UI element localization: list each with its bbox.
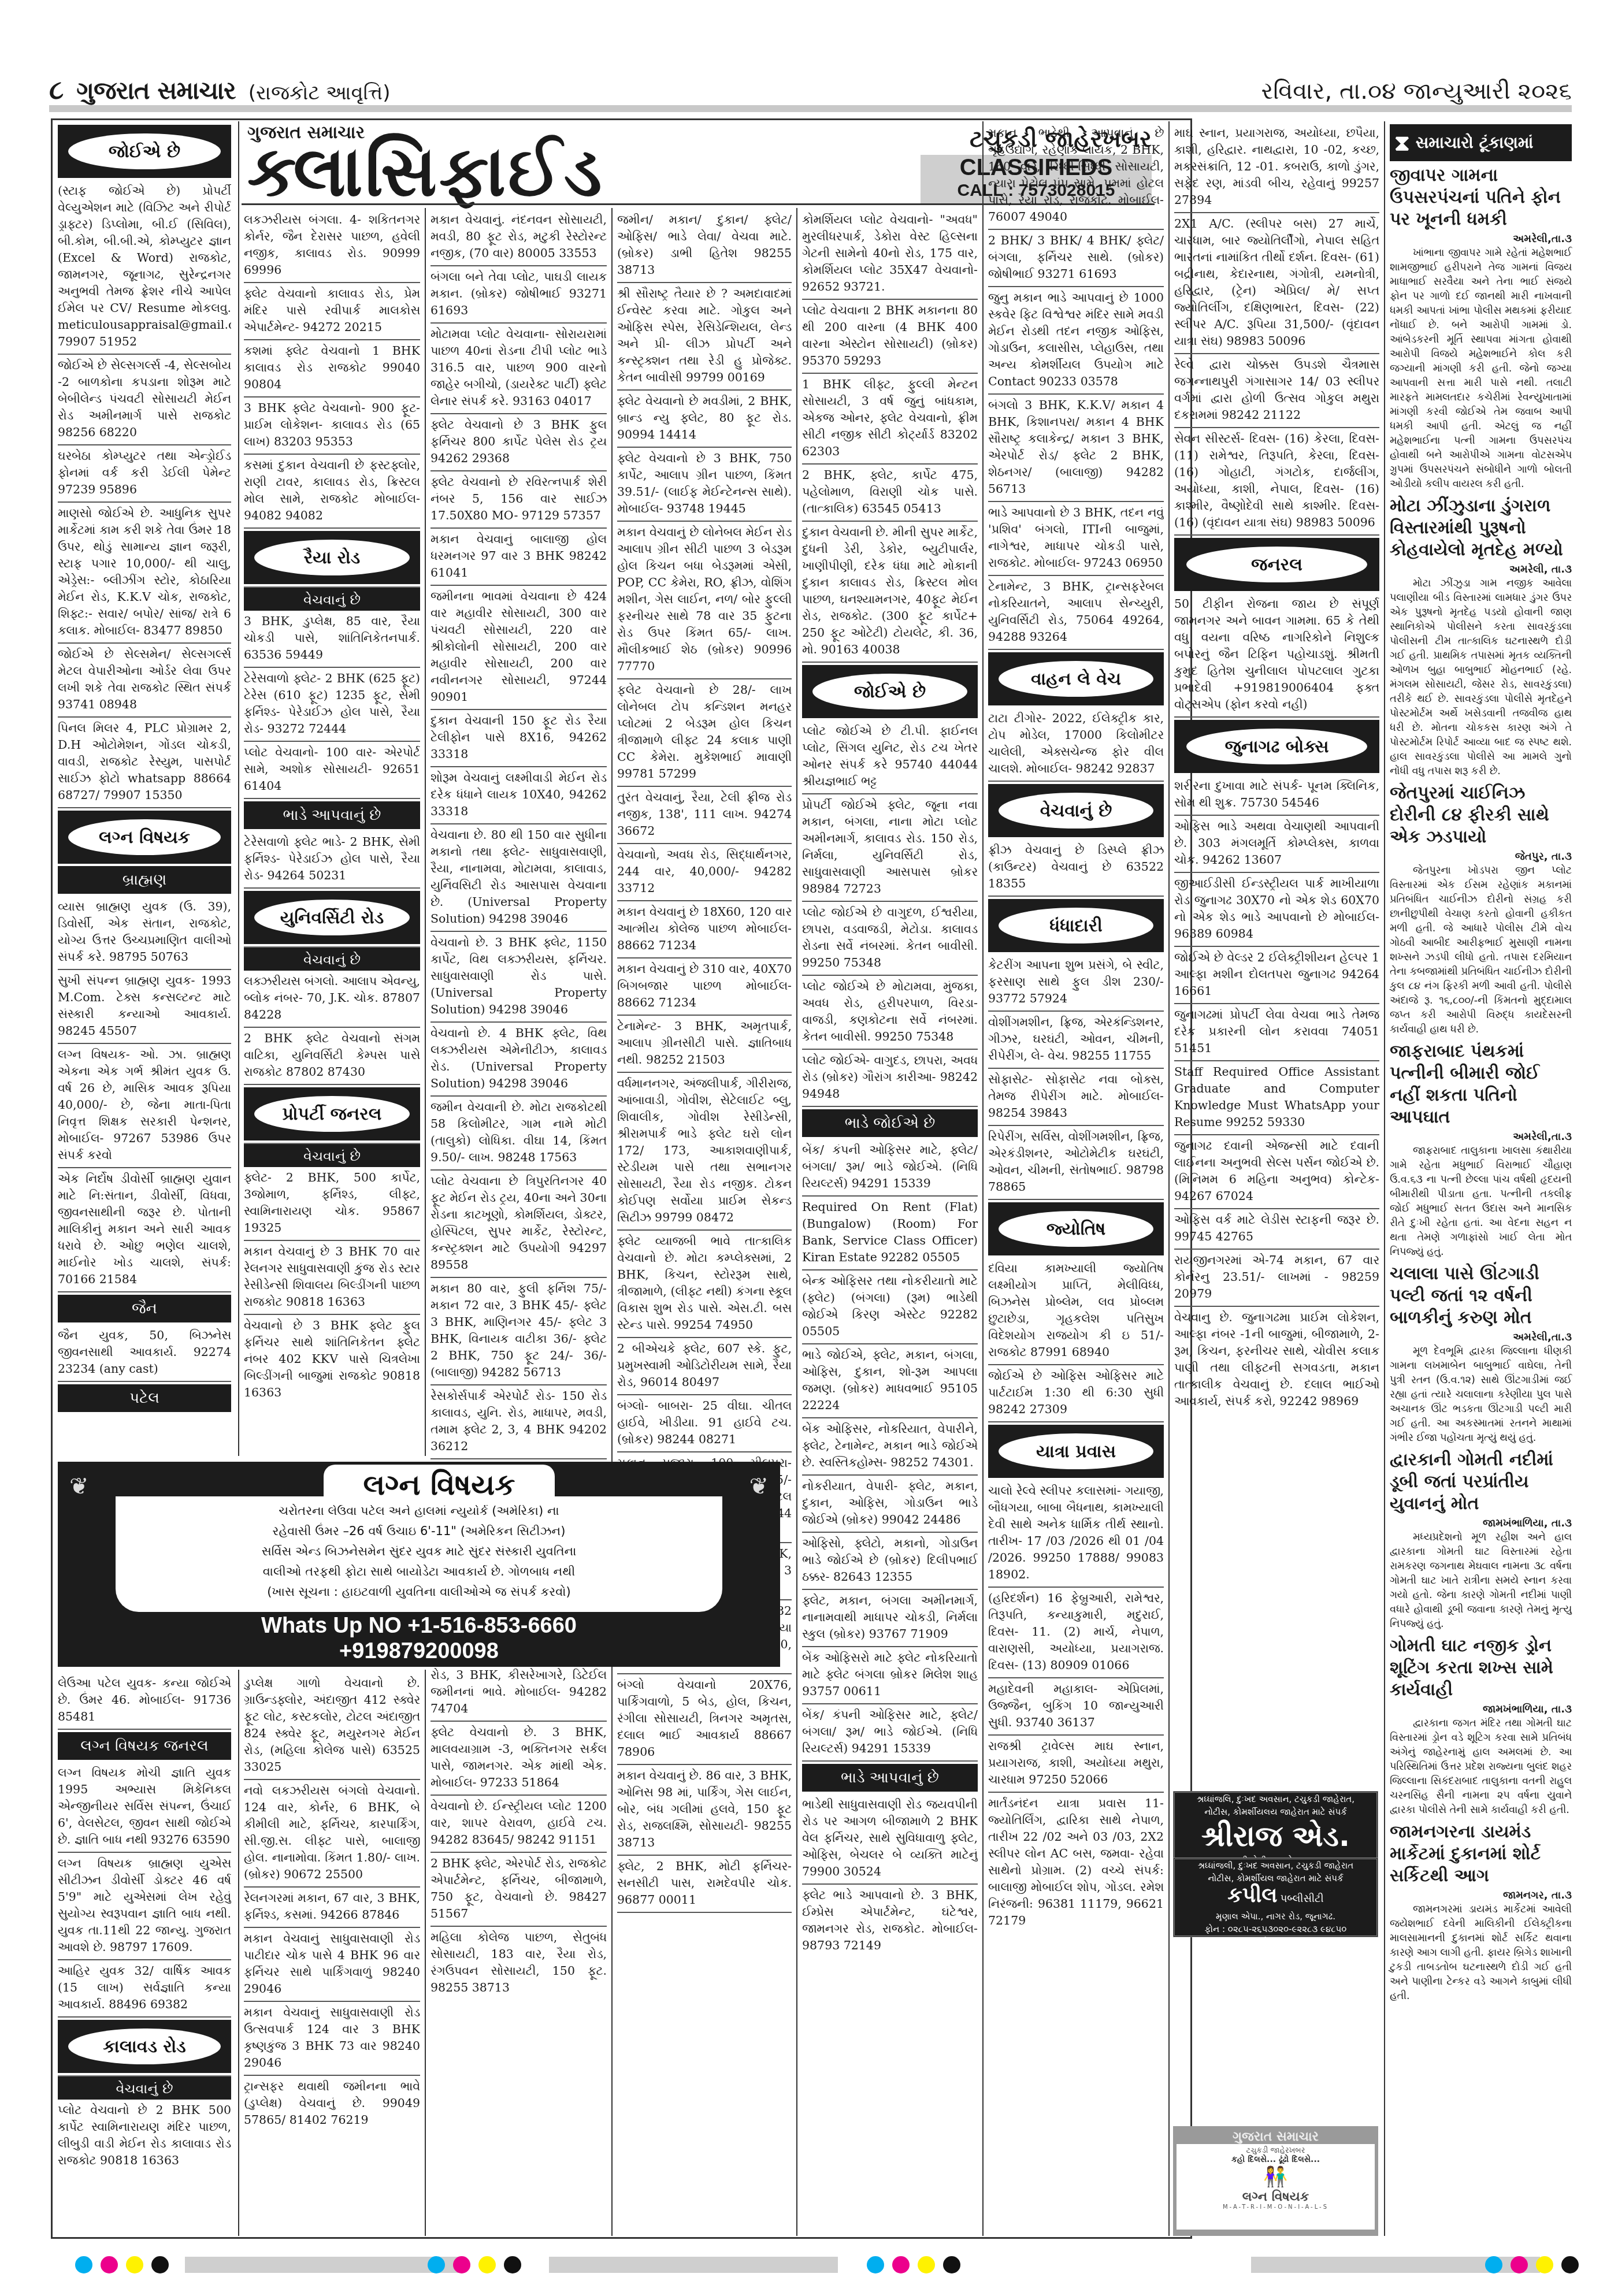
classified-ad: લગ્ન વિષયક મોચી જ્ઞાતિ યુવક 1995 અભ્યાસ … [58,1762,231,1853]
black-mark-icon [504,2256,521,2273]
matrimonial-promo-ad: ગુજરાત સમાચાર ટચુકડી જાહેરખબર કહો દિલસે.… [1173,2126,1378,2236]
column-divider [238,1670,239,2236]
masthead-left: ૮ ગુજરાત સમાચાર (રાજકોટ આવૃત્તિ) [49,76,391,103]
column-2: લકઝરીયસ બંગલા. 4- શકિતનગર કોર્નર, જૈન દે… [244,209,420,1457]
registration-marks [428,2256,521,2273]
advertiser-address: મૃણાલ એપા., નાગર રોડ, જૂનાગઢ. [1175,1910,1376,1923]
cyan-mark-icon [75,2256,92,2273]
classified-ad: પ્લોટ જોઈએ- વાગુદડ, છાપરા, અવધ રોડ (બ્રો… [802,1050,978,1107]
yellow-mark-icon [126,2256,143,2273]
subsection-for-sale: વેચવાનું છે [58,2075,231,2100]
subsection-patel: પટેલ [58,1384,231,1412]
classified-ad: કેટરીંગ આપના શુભ પ્રસંગે, બે સ્વીટ, ફરસા… [988,954,1164,1012]
classified-ad: ફ્રીઝ વેચવાનું છે ડિસ્પ્લે ફ્રીઝ (કાઉન્ટ… [988,839,1164,897]
column-divider [1384,121,1385,2236]
section-header-wanted: જોઈએ છે [58,125,231,178]
story-headline: જાફરાબાદ પંથકમાં પત્નીની બીમારી જોઈ નહીં… [1390,1041,1572,1128]
classified-ad: મહાદેવની મહાકાલ- એપ્રિલમાં, ઉજ્જૈન, બુકિ… [988,1678,1164,1736]
classified-ad: શ્રી સૌરાષ્ટ્ર તૈયાર છે ? અમદાવાદમાં ઈન્… [617,283,792,391]
classified-ad: વેચવાનો છે 3 BHK ફ્લેટ ફુલ ફર્નિચર સાથે … [244,1315,420,1405]
classified-ad: જુનાગઢ દવાની એજન્સી માટે દવાની લાઈનના અન… [1174,1135,1379,1209]
color-bar [549,2257,838,2273]
banner-line: સર્વિસ એન્ડ બિઝનેસમેન સુંદર યુવક માટે સુ… [116,1541,722,1562]
classified-ad: મકાન વેચવાનું છે 18X60, 120 વાર આત્મીય ક… [617,901,792,958]
story-body: મધ્યપ્રદેશનો મૂળ રહીશ અને હાલ દ્વારકાના … [1390,1530,1572,1632]
classified-ad: દુકાન વેચવાની 150 ફૂટ રોડ રૈયા ટેલીફોન પ… [431,710,607,767]
color-bar [185,2257,462,2273]
classified-ad: ઓફિસ વર્ક માટે લેડીસ સ્ટાફની જરૂર છે. 99… [1174,1209,1379,1250]
classified-ad: 50 ટીફીન રોજના જાય છે સંપૂર્ણ જામનગર અને… [1174,593,1379,718]
classified-ad: ફ્લેટ વેચવાનો છે રવિરત્નપાર્ક શેરી નંબર … [431,471,607,529]
news-section-title: સમાચારો ટૂંકાણમાં [1416,133,1534,153]
classified-ad: 1 BHK લીફ્ટ, ફુલ્લી મેન્ટન સોસાયટી, 3 વર… [802,374,978,465]
registration-marks [867,2256,960,2273]
cyan-mark-icon [428,2256,445,2273]
classified-ad: 2 BHK/ 3 BHK/ 4 BHK/ ફ્લેટ/ બંગલા, ફર્નિ… [988,230,1164,287]
section-header-wanted: જોઈએ છે [802,665,978,718]
banner-line: વાલીઓ તરફથી ફોટા સાથે બાયોડેટા આવકાર્ય છ… [116,1562,722,1582]
story-headline: ગોમતી ઘાટ નજીક ડ્રોન શૂટિંગ કરતા શખ્સ સા… [1390,1635,1572,1701]
classified-ad: ઓફિસો, ફ્લેટો, મકાનો, ગોડાઉન ભાડે જોઈએ છ… [802,1533,978,1590]
promo-brand: ગુજરાત સમાચાર [1177,2130,1375,2144]
cyan-mark-icon [1485,2256,1502,2273]
classified-ad: પ્લોટ જોઈએ છે ટી.પી. ફાઈનલ પ્લોટ, સિંગલ … [802,720,978,794]
classified-ad: કસમાં દુકાન વેચવાની છે ફસ્ટફ્લોર, રાણી ટ… [244,455,420,529]
story-headline: જેતપુરમાં ચાઈનિઝ દોરીની ૮૪ ફીરકી સાથે એક… [1390,782,1572,848]
story-headline: દ્વારકાની ગોમતી નદીમાં ડૂબી જતાં પરપ્રાં… [1390,1449,1572,1515]
column-divider [425,208,426,1456]
story-dateline: જામખંભાળિયા, તા.૩ [1390,1517,1572,1529]
column-6: મકાન ભાડેથી આપવાનું છે ગૃહઉદ્યોગ, રહેણાં… [988,122,1164,2237]
kapil-ad-box: શ્રધ્ધાંજલી, દુઃખદ અવસાન, ટચુકડી જાહેરાત… [1173,1857,1378,1937]
newspaper-name: ગુજરાત સમાચાર [76,79,235,103]
classified-ad: માણસો જોઈએ છે. આધુનિક સુપર માર્કેટમાં કા… [58,503,231,644]
news-story: જામનગરના ડાયમંડ માર્કેટમાં દુકાનમાં શોર્… [1390,1821,1572,2004]
classified-ad: 3 BHK ફ્લેટ વેચવાનો- 900 ફૂટ- પ્રાઈમ લોક… [244,397,420,455]
classified-ad: પ્લોટ વેચવાના 2 BHK મકાનના 80 થી 200 વાર… [802,300,978,374]
classified-ad: ફ્લેટ વેચવાનો છે મવડીમાં, 2 BHK, બ્રાન્ડ… [617,391,792,448]
classified-ad: ટેરેસવાળો ફ્લેટ ભાડે- 2 BHK, સેમી ફર્નિશ… [244,831,420,889]
story-body: મૂળ દેવભૂમિ દ્વારકા જિલ્લાના ધીણકી ગામના… [1390,1344,1572,1446]
subsection-marriage-general: લગ્ન વિષયક જનરલ [58,1732,231,1760]
classified-ad: રેલ્વે દ્વારા ચોક્કસ ઉપડશે ચૈત્રમાસ જગન્… [1174,354,1379,428]
classified-ad [617,1913,792,1919]
classified-ad: પ્લોટ વેચવાનો છે 2 BHK 500 કાર્પેટ સ્વામ… [58,2100,231,2172]
classified-ad: કશમાં ફ્લેટ વેચવાનો 1 BHK કાલાવડ રોડ રાજ… [244,340,420,397]
story-dateline: અમરેલી, તા.૩ [1390,563,1572,575]
classified-ad: બંગ્લો વેચવાનો 20X76, પાર્કિંગવાળો, 5 બે… [617,1674,792,1765]
subsection-jain: જૈન [58,1295,231,1322]
subsection-rent-wanted: ભાડે જોઈએ છે [802,1109,978,1137]
ad-line: શ્રધ્ધાંજલિ, દુઃખદ અવસાન, ટચુકડી જાહેરાત… [1175,1793,1376,1805]
subsection-for-rent: ભાડે આપવાનું છે [802,1764,978,1792]
classified-ad: પ્લોટ વેચવાનો- 100 વાર- એરપોર્ટ સામે, અશ… [244,742,420,799]
classified-ad: રાયજીનગરમાં એ-74 મકાન, 67 વાર કોર્નરનુ 2… [1174,1250,1379,1307]
classified-ad: મકાન વેચવાનું સાધુવાસવાણી રોડ ઉત્સવપાર્ક… [244,2002,420,2076]
black-mark-icon [1561,2256,1579,2273]
section-header-for-sale: વેચવાનું છે [988,784,1164,837]
promo-line: ટચુકડી જાહેરખબર [1177,2146,1375,2155]
classified-ad: (હરિદર્શન) 16 ફેબ્રુઆરી, રામેશ્વર, તિરૂપ… [988,1588,1164,1678]
promo-title: લગ્ન વિષયક [1177,2190,1375,2204]
story-body: ખાંભાના જીવાપર ગામે રહેતાં મહેશભાઈ શામજી… [1390,246,1572,492]
classified-ad: જોઈએ છે વેલ્ડર 2 ઈલેક્ટ્રીશીયન હેલ્પર 1 … [1174,947,1379,1004]
section-header-astrology: જ્યોતિષ [988,1202,1164,1255]
story-body: દ્વારકાના જગત મંદિર તથા ગોમતી ઘાટ વિસ્તા… [1390,1717,1572,1818]
registration-marks-right [1485,2256,1579,2273]
subsection-brahmin: બ્રાહ્મણ [58,866,231,894]
classified-ad: જમીનના ભાવમાં વેચવાના છે 424 વાર મહાવીર … [431,586,607,710]
classified-ad: 2 BHK, ફ્લેટ, કાર્પેટ 475, પહેલોમાળ, વિર… [802,465,978,522]
ornament-icon: ❦ [69,1473,89,1500]
classified-ad: મકાન વેચવાનું. નંદનવન સોસાયટી, મવડી, 80 … [431,209,607,266]
column-divider [982,121,984,2236]
classified-ad: જોઈએ છે સેલ્સમેન/ સેલ્સગર્લ્સ મેટલ વેપાર… [58,644,231,718]
story-body: જેતપુરના ખોડપરા જીન પ્લોટ વિસ્તારમાં એક … [1390,864,1572,1037]
column-3: મકાન વેચવાનું. નંદનવન સોસાયટી, મવડી, 80 … [431,209,607,2231]
classified-ad: જુનુ મકાન ભાડે આપવાનું છે 1000 સ્કવેર ફિ… [988,287,1164,395]
news-story: દ્વારકાની ગોમતી નદીમાં ડૂબી જતાં પરપ્રાં… [1390,1449,1572,1632]
classified-ad: 2X1 A/C. (સ્લીપર બસ) 27 માર્ચે, ચારધામ, … [1174,213,1379,354]
black-mark-icon [943,2256,960,2273]
classified-ad: જમીન/ મકાન/ દુકાન/ ફ્લેટ/ ઓફિસ/ ભાડે લેવ… [617,209,792,283]
banner-title: લગ્ન વિષયક [324,1465,555,1505]
classified-ad: વેચવાના છે. 80 થી 150 વાર સુધીના મકાનો ત… [431,824,607,932]
advertiser-name-row: કપીલ પબ્લીસીટી [1175,1885,1376,1910]
classified-ad: મકાન ભાડેથી આપવાનું છે ગૃહઉદ્યોગ, રહેણાં… [988,122,1164,230]
classified-ad: 2 BHK ફ્લેટ વેચવાનો સંગમ વાટિકા, યુનિવર્… [244,1028,420,1085]
classified-ad: રેસકોર્સપાર્ક એરપોર્ટ રોડ- 150 રોડ કાલાવ… [431,1385,607,1459]
column-divider [611,208,613,2236]
advertiser-contact: વિરલભાઈ પારેખ-૯૮૭૯૫ ૨૧૧૦૦ [1175,1935,1376,1948]
classified-ad: નવો લકઝરીયસ બંગલો વેચવાનો. 124 વાર, કોર્… [244,1780,420,1888]
classified-ad: શોરૂમ વેચવાનું લક્ષ્મીવાડી મેઈન રોડ દરેક… [431,767,607,824]
classified-ad: વર્ધમાનનગર, અંજલીપાર્ક, ગીરીરાજ, આંબાવાડ… [617,1073,792,1231]
classified-ad: મકાન વેચવાનું બાલાજી હોલ ધરમનગર 97 વાર 3… [431,529,607,586]
classified-ad: બેંક/ કંપની ઓફિસર માટે, ફ્લેટ/ બંગલા/ રૂ… [802,1704,978,1762]
ornament-icon: ❦ [749,1473,769,1500]
classified-ad: નોકરીયાત, વેપારી- ફ્લેટ, મકાન, દુકાન, ઓફ… [802,1476,978,1533]
classified-ad: મકાન 80 વાર, ફુલી ફર્નિશ 75/- મકાન 72 વા… [431,1278,607,1385]
advertiser-phone: ફોન : ૦૨૮૫-૨૬૫૩૦૨૦-૯૨૨૮૩ ૯૪૮૫૦ [1175,1923,1376,1935]
story-body: મોટા ઝીંઝુડા ગામ નજીક આવેલા પલાણીયા બીડ … [1390,577,1572,779]
couple-illustration-icon: 👫 [1177,2164,1375,2190]
masthead-divider [49,105,1572,112]
story-dateline: અમરેલી,તા.૩ [1390,1131,1572,1143]
classified-ad: ફ્લેટ ભાડે આપવાનો છે. 3 BHK, ઈમ્પ્રેસ એપ… [802,1885,978,1957]
column-1: જોઈએ છે (સ્ટાફ જોઈએ છે) પ્રોપર્ટી વેલ્યુ… [58,122,231,1457]
story-headline: ચલાલા પાસે ઊંટગાડી પલ્ટી જતાં ૧૨ વર્ષની … [1390,1263,1572,1329]
magenta-mark-icon [892,2256,910,2273]
classified-ad: 3 BHK, ડુપ્લેક્ષ, 85 વાર, રૈયા ચોકડી પાસ… [244,611,420,668]
classified-ad: ડુપ્લેક્ષ ગાળો વેચવાનો છે. ગ્રાઉન્ડફ્લોર… [244,1673,420,1780]
classified-ad: પિનલ મિલર 4, PLC પ્રોગ્રામર 2, D.H ઓટોમે… [58,718,231,808]
story-dateline: અમરેલી,તા.૩ [1390,233,1572,245]
classified-ad: મોટામવા પ્લોટ વેચવાના- સોરાયરામાં પાછળ 4… [431,324,607,414]
classified-ad: બંગલો 3 BHK, K.K.V/ મકાન 4 BHK, કિશાનપરા… [988,395,1164,502]
advertiser-name: કપીલ [1227,1883,1277,1907]
column-2-bottom: ડુપ્લેક્ષ ગાળો વેચવાનો છે. ગ્રાઉન્ડફ્લોર… [244,1673,420,2236]
section-header-travel: યાત્રા પ્રવાસ [988,1425,1164,1478]
classified-ad: બંગ્લો- બાબરા- 25 વીઘા. ચીતલ હાઈવે, ખીડી… [617,1395,792,1452]
classified-ad: ફ્લેટ વેચવાનો છે 3 BHK, 750 કાર્પેટ, આલા… [617,448,792,522]
banner-line: (ખાસ સૂચના : હાઇટવાળી યુવતિના વાલીઓએ જ સ… [116,1582,722,1602]
classified-ad: પ્લોટ જોઈએ છે મોટામવા, મુંજકા, અવધ રોડ, … [802,976,978,1050]
magenta-mark-icon [101,2256,118,2273]
classified-ad: વ્યાસ બ્રાહ્મણ યુવક (ઉ. 39), ડિવોર્સી, એ… [58,896,231,970]
news-story: જાફરાબાદ પંથકમાં પત્નીની બીમારી જોઈ નહીં… [1390,1041,1572,1260]
news-section-header: ⧗ સમાચારો ટૂંકાણમાં [1390,124,1572,161]
classified-ad: જુનાગઢમાં પ્રોપર્ટી લેવા વેચવા ભાડે તેમજ… [1174,1004,1379,1061]
classified-ad: પ્રોપર્ટી જોઈએ ફ્લેટ, જૂના નવા મકાન, બંગ… [802,794,978,902]
news-story: જીવાપર ગામના ઉપસરપંચનાં પતિને ફોન પર ખૂન… [1390,165,1572,492]
classified-ad: ભાડેથી સાધુવાસવાણી રોડ જયવપીની રોડ પર આગ… [802,1794,978,1885]
news-story: જેતપુરમાં ચાઈનિઝ દોરીની ૮૪ ફીરકી સાથે એક… [1390,782,1572,1037]
classified-ad: ટેનામેન્ટ- 3 BHK, અમૃતપાર્ક, આલાપ ગ્રીનસ… [617,1016,792,1073]
classified-ad: ફ્લેટ, 2 BHK, મોટી ફર્નિચર- સનસીટી પાસ, … [617,1856,792,1913]
classified-ad: વોશીંગમશીન, ફ્રિજ, એરકંન્ડિશનર, ગીઝર, ઘર… [988,1012,1164,1069]
magenta-mark-icon [453,2256,470,2273]
classified-ad: 2 બીએચકે ફ્લેટ, 607 સ્કે. ફુટ, પ્રમુખસ્વ… [617,1338,792,1395]
classified-ad: લકઝરીયસ બંગલા. 4- શકિતનગર કોર્નર, જૈન દે… [244,209,420,283]
classified-ad: કોમર્શિયલ પ્લોટ વેચવાનો- "અવધ" મુરલીધરપા… [802,209,978,300]
classified-ad: Required On Rent (Flat) (Bungalow) (Room… [802,1197,978,1270]
section-header-vehicles: વાહન લે વેચ [988,652,1164,705]
classified-ad: મકાન વેચવાનું છે 3 BHK 70 વાર રેલનગર સાધ… [244,1241,420,1315]
classified-ad: મકાન વેચવાનું છે. 86 વાર, 3 BHK, ઓનિસ 98… [617,1765,792,1856]
classified-ad: આહિર યુવક 32/ વાર્ષિક આવક (15 લાખ) સર્વજ… [58,1960,231,2018]
cyan-mark-icon [867,2256,884,2273]
classified-ad: માર્તંડનંદન યાત્રા પ્રવાસ 11- જ્યોતિર્લિ… [988,1793,1164,1933]
classified-ad: ભાડે આપવાનો છે 3 BHK, તદન નવું 'પ્રશિવ' … [988,502,1164,576]
black-mark-icon [151,2256,169,2273]
news-story: ગોમતી ઘાટ નજીક ડ્રોન શૂટિંગ કરતા શખ્સ સા… [1390,1635,1572,1818]
classified-ad: વેચવાનો, અવધ રોડ, સિદ્ધાર્થનગર, 244 વાર,… [617,844,792,901]
section-header-general: જનરલ [1174,538,1379,591]
classified-ad: જોઈએ છે સેલ્સગર્લ્સ -4, સેલ્સબોય -2 બાળક… [58,355,231,445]
page-masthead: ૮ ગુજરાત સમાચાર (રાજકોટ આવૃત્તિ) રવિવાર,… [49,75,1572,103]
classified-ad: ફ્લેટ વેચવાનો છે. 3 BHK, માલવયાગ્રામ -3,… [431,1722,607,1796]
classified-ad: વેચવાનો છે. ઈન્સ્ટ્રીયલ પ્લોટ 1200 વાર, … [431,1796,607,1853]
story-dateline: અમરેલી,તા.૩ [1390,1331,1572,1343]
section-header-junagadh-box: જુનાગઢ બોક્સ [1174,720,1379,773]
classified-ad: સેવન સીસ્ટર્સ- દિવસ- (16) કેરલા, દિવસ- (… [1174,428,1379,536]
classified-ad: બેન્ક ઓફિસર તથા નોકરીયાતો માટે (ફ્લેટ) (… [802,1270,978,1344]
news-story: મોટા ઝીંઝુડાના ડુંગરાળ વિસ્તારમાંથી પુરૂ… [1390,495,1572,779]
section-header-property-general: પ્રોપર્ટી જનરલ [244,1087,420,1140]
column-divider [425,1670,426,2236]
classified-ad: વેચવાનુ છે. જુનાગઢમા પ્રાઈમ લોકેશન, આલ્ફ… [1174,1307,1379,1413]
promo-inner: ટચુકડી જાહેરખબર કહો દિલસે... ઢૂંઢો દિલસે… [1177,2144,1375,2230]
classified-ad: એક નિર્દોષ ડીવોર્સી બ્રાહ્મણ યુવાન માટે … [58,1168,231,1292]
classified-ad: સોફાસેટ- સોફાસેટ નવા બોક્સ, તેમજ રીપેરીં… [988,1069,1164,1126]
classifieds-title: ક્લાસિફાઈડ [247,138,604,207]
matrimonial-banner-ad: ❦ ❦ ચરોતરના લેઉવા પટેલ અને હાલમાં ન્યુયો… [58,1462,780,1667]
classified-ad: બેંક ઓફિસરો માટે ફ્લેટ નોકરિયાતો માટે ફ્… [802,1647,978,1704]
magenta-mark-icon [1511,2256,1528,2273]
section-header-business: ધંધાદારી [988,899,1164,952]
banner-body: ચરોતરના લેઉવા પટેલ અને હાલમાં ન્યુયોર્ક … [116,1496,722,1612]
story-body: જાફરાબાદ તાલુકાના ખાલસા કંથારીયા ગામે રહ… [1390,1144,1572,1260]
classified-ad: જમીન વેચવાની છે. મોટા રાજકોટથી 58 કિલોમી… [431,1097,607,1171]
page-number: ૮ [49,76,64,103]
subsection-for-sale: વેચવાનું છે [244,586,420,611]
edition-label: (રાજકોટ આવૃત્તિ) [248,83,391,103]
classified-ad: ફ્લેટ વેચવાનો કાલાવડ રોડ, પ્રેમ મંદિર પા… [244,283,420,340]
classified-ad: રાજશ્રી ટ્રાવેલ્સ માઘ સ્નાન, પ્રયાગરાજ, … [988,1736,1164,1793]
yellow-mark-icon [478,2256,496,2273]
promo-slogan: કહો દિલસે... ઢૂંઢો દિલસે... [1177,2155,1375,2164]
ad-line: નોટીસ, કોમર્શીયલ જાહેરાત માટે સંપર્ક [1175,1872,1376,1885]
classified-ad: શરીરના દુખાવા માટે સંપર્ક- પૂનમ ક્લિનિક,… [1174,775,1379,816]
classified-ad: ઘરબેઠા કોમ્પ્યુટર તથા એન્ડ્રોઈડ ફોનમાં વ… [58,445,231,503]
news-briefs-column: ⧗ સમાચારો ટૂંકાણમાં જીવાપર ગામના ઉપસરપંચ… [1390,124,1572,2004]
subsection-for-rent: ભાડે આપવાનું છે [244,801,420,829]
banner-line: રહેવાસી ઉંમર –26 વર્ષ ઉચાઇ 6'-11" (અમેરિ… [116,1521,722,1541]
classified-ad: વેચવાનો છે. 4 BHK ફ્લેટ, વિથ લક્ઝરીયસ એમ… [431,1023,607,1097]
column-1-bottom: લેઉઆ પટેલ યુવક- કન્યા જોઈએ છે. ઉંમર 46. … [58,1673,231,2236]
story-dateline: જામનગર, તા.૩ [1390,1889,1572,1901]
ad-line: શ્રધ્ધાંજલી, દુઃખદ અવસાન, ટચુકડી જાહેરાત [1175,1859,1376,1872]
classified-ad: વેચવાનો છે. 3 BHK ફ્લેટ, 1150 કાર્પેટ, વ… [431,932,607,1023]
phone-number: +919879200098 [58,1639,780,1664]
story-headline: મોટા ઝીંઝુડાના ડુંગરાળ વિસ્તારમાંથી પુરૂ… [1390,495,1572,561]
classified-ad: લેઉઆ પટેલ યુવક- કન્યા જોઈએ છે. ઉંમર 46. … [58,1673,231,1730]
classified-ad: લગ્ન વિષયક બ્રાહ્મણ યુએસ સીટીઝન ડીવોર્સી… [58,1853,231,1960]
classified-ad: મહિલા કોલેજ પાછળ, સેતુબંધ સોસાયટી, 183 વ… [431,1927,607,2000]
story-headline: જીવાપર ગામના ઉપસરપંચનાં પતિને ફોન પર ખૂન… [1390,165,1572,231]
column-7: માઘ સ્નાન, પ્રયાગરાજ, અયોધ્યા, છપૈયા, કા… [1174,122,1379,1798]
classified-ad: બંગલા બને તેવા પ્લોટ, પાઘડી લાયક મકાન. (… [431,266,607,324]
news-story: ચલાલા પાસે ઊંટગાડી પલ્ટી જતાં ૧૨ વર્ષની … [1390,1263,1572,1446]
column-5: કોમર્શિયલ પ્લોટ વેચવાનો- "અવધ" મુરલીધરપા… [802,209,978,2231]
classified-ad: દવિયા કામખ્યાલી જ્યોતિષ લક્ષ્મીયોગ પ્રાપ… [988,1258,1164,1365]
whatsapp-number: Whats Up NO +1-516-853-6660 [58,1613,780,1639]
classified-ad: ચાલો રેલ્વે સ્લીપર કલાસમાં- ગયાજી, બૌધગય… [988,1480,1164,1588]
subsection-for-sale: વેચવાનું છે [244,1143,420,1167]
story-body: જામનગરમાં ડાયમંડ માર્કેટમાં આવેલી જયેશભા… [1390,1903,1572,2004]
classified-ad: જીઆઈડીસી ઈન્ડસ્ટ્રીયલ પાર્ક માખીયાળા રોડ… [1174,873,1379,947]
classified-ad: ઓફિસ ભાડે અથવા વેચાણથી આપવાની છે. 303 મં… [1174,816,1379,873]
classified-ad: ભાડે જોઈએ, ફ્લેટ, મકાન, બંગલા, ઓફિસ, દુક… [802,1344,978,1418]
classified-ad: ફ્લેટ, મકાન, બંગલા અમીનમાર્ગ, નાનામવાથી … [802,1590,978,1647]
column-divider [1168,121,1170,2236]
classified-ad: માઘ સ્નાન, પ્રયાગરાજ, અયોધ્યા, છપૈયા, કા… [1174,122,1379,213]
story-dateline: જામખંભાળિયા, તા.૩ [1390,1703,1572,1715]
classified-ad: મકાન વેચવાનું સાધુવાસવાણી રોડ પાટીદાર ચો… [244,1928,420,2002]
classified-ad: ટાટા ટીગોર- 2022, ઈલેક્ટ્રીક કાર, ટોપ મો… [988,708,1164,782]
classified-ad: રિપેરીંગ, સર્વિસ, વોશીંગમશીન, ફ્રિજ, એરક… [988,1126,1164,1200]
column-divider [238,121,239,1456]
classified-ad: ટેરેસવાળો ફ્લેટ- 2 BHK (625 ફૂટ) ટેરેસ (… [244,668,420,742]
classified-ad: મકાન વેચવાનું છે લોનેબલ મેઈન રોડ આલાપ ગ્… [617,522,792,679]
classified-ad: મકાન વેચવાનું છે 310 વાર, 40X70 બિગબજાર … [617,958,792,1016]
classified-ad: ફલેટ વેચવાનો છે 28/- લાખ લોનેબલ ટોપ કન્ડ… [617,679,792,787]
classified-ad: Staff Required Office Assistant Graduate… [1174,1061,1379,1135]
section-header-marriage: લગ્ન વિષયક [58,811,231,864]
hourglass-ornament-icon: ⧗ [1394,130,1410,156]
classified-ad: ફ્લેટ વ્યાજબી ભાવે તાત્કાલિક વેચવાનો છે.… [617,1231,792,1338]
classified-ad: 2 BHK ફ્લેટ, એરપોર્ટ રોડ, રાજકોટ એપાર્ટમ… [431,1853,607,1927]
advertiser-name: શ્રીરાજ એડ. [1175,1818,1376,1854]
column-divider [796,208,797,2236]
classified-ad: તુરંત વેચવાનું, રૈયા, ટેલી ફ્રીજ રોડ નજી… [617,787,792,844]
classified-ad: પ્લોટ વેચવાના છે ત્રિપુરતિનગર 40 ફૂટ મેઈ… [431,1171,607,1278]
promo-subtitle: M-A-T-R-I-M-O-N-I-A-L-S [1177,2204,1375,2210]
ad-line: નોટીસ, કોમર્શીયલય જાહેરાત માટે સંપર્ક [1175,1805,1376,1818]
yellow-mark-icon [918,2256,935,2273]
banner-contact: Whats Up NO +1-516-853-6660 +91987920009… [58,1613,780,1664]
classified-ad: બેંક/ કંપની ઓફિસર માટે, ફ્લેટ/ બંગલા/ રૂ… [802,1139,978,1197]
classified-ad: ફ્લેટ વેચવાનો છે 3 BHK ફુલ ફર્નિચર 800 ક… [431,414,607,471]
classified-ad: જૈન યુવક, 50, બિઝનેસ જીવનસાથી આવકાર્ય. 9… [58,1325,231,1382]
classified-ad: દુકાન વેચવાની છે. મીની સુપર માર્કેટ, દુધ… [802,522,978,663]
registration-marks-left [75,2256,169,2273]
classified-ad: લગ્ન વિષયક- ઓ. ઝા. બ્રાહ્મણ એકના એક ગર્ભ… [58,1044,231,1168]
story-dateline: જેતપુર, તા.૩ [1390,850,1572,863]
classified-ad: લક્ઝરીયસ બંગલો. આલાપ એવન્યુ, બ્લોક નંબર-… [244,971,420,1028]
story-headline: જામનગરના ડાયમંડ માર્કેટમાં દુકાનમાં શોર્… [1390,1821,1572,1887]
classified-ad: રેલનગરમાં મકાન, 67 વાર, 3 BHK, ફર્નિશ્ડ,… [244,1888,420,1928]
classified-ad: પ્લોટ જોઈએ છે વાગુદળ, ઈશ્વરીયા, છાપરા, વ… [802,902,978,976]
issue-date: રવિવાર, તા.૦૪ જાન્યુઆરી ૨૦૨૬ [1261,80,1572,103]
yellow-mark-icon [1536,2256,1553,2273]
classified-ad: ટેનામેન્ટ, 3 BHK, ટ્રાન્સફરેબલ નોકરિયાતન… [988,576,1164,650]
column-4: જમીન/ મકાન/ દુકાન/ ફ્લેટ/ ઓફિસ/ ભાડે લેવ… [617,209,792,2231]
classified-ad: સુખી સંપન્ન બ્રાહ્મણ યુવક- 1993 M.Com. ટ… [58,970,231,1044]
classified-ad: બેંક ઓફિસર, નોકરિયાત, વેપારીને, ફ્લેટ, ટ… [802,1418,978,1476]
advertiser-suffix: પબ્લીસીટી [1281,1893,1324,1905]
classified-ad: ફ્લેટ- 2 BHK, 500 કાર્પેટ, 3જોમાળ, ફર્નિ… [244,1167,420,1241]
subsection-for-sale: વેચવાનું છે [244,946,420,971]
section-header-university-road: યુનિવર્સિટી રોડ [244,891,420,944]
classified-ad: (સ્ટાફ જોઈએ છે) પ્રોપર્ટી વેલ્યુએશન માટે… [58,180,231,355]
classified-ad: ટ્રાન્સફર થવાથી જમીનના ભાવે (ડુપ્લેક્ષ) … [244,2076,420,2132]
section-header-raiya-road: રૈયા રોડ [244,531,420,584]
section-header-kalawad-road: કાલાવડ રોડ [58,2020,231,2073]
classified-ad: જોઈએ છે ઓફિસ ઓફિસર માટે પાર્ટટાઈમ 1:30 થ… [988,1365,1164,1422]
